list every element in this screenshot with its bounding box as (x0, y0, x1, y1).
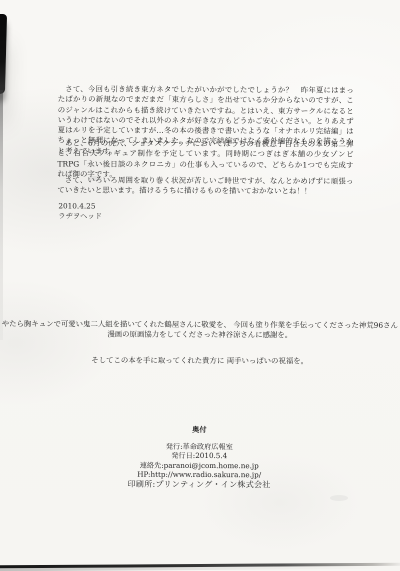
colophon-printer: 印刷所:プリンティング・イン株式会社 (0, 480, 399, 491)
thanks-block: やたら胸キュンで可愛い鬼二人組を描いてくれた鶴屋さんに敬愛を、 今回も塗り作業を… (0, 319, 400, 341)
afterword-paragraph-2: あと、6月の虎穴、ショタスクラッチにおいてはうちの看板息子百合夫の本の第二弾と、… (57, 138, 353, 180)
thanks-line-2: 今回も塗り作業を手伝ってくださった神荒96さん (233, 320, 398, 330)
closing-line-2: 両手いっぱいの祝福を。 (227, 356, 308, 365)
scanned-afterword-page: さて、今回も引き続き東方ネタでしたがいかがでしたでしょうか？ 昨年夏にはまったば… (0, 0, 400, 571)
afterword-date: 2010.4.25 (58, 201, 95, 211)
colophon-title: 奥付 (0, 424, 399, 435)
afterword-paragraph-3: さて、いろいろ周囲を取り巻く状況が苦しいご時世ですが、なんとかめげずに頑張ってい… (57, 175, 353, 197)
thanks-line-1: やたら胸キュンで可愛い鬼二人組を描いてくれた鶴屋さんに敬愛を、 (2, 319, 231, 329)
author-name: ラヂヲヘッド (58, 211, 102, 221)
colophon-block: 奥付 発行:革命政府広報室 発行日:2010.5.4 連絡先:paranoi@j… (0, 424, 399, 491)
closing-line-1: そしてこの本を手に取ってくれた貴方に (91, 356, 224, 366)
thanks-line-3: 漫画の原画協力をしてくださった神谷涼さんに感謝を。 (107, 330, 292, 340)
closing-blessing-block: そしてこの本を手に取ってくれた貴方に 両手いっぱいの祝福を。 (0, 355, 400, 367)
page-content: さて、今回も引き続き東方ネタでしたがいかがでしたでしょうか？ 昨年夏にはまったば… (0, 0, 400, 571)
